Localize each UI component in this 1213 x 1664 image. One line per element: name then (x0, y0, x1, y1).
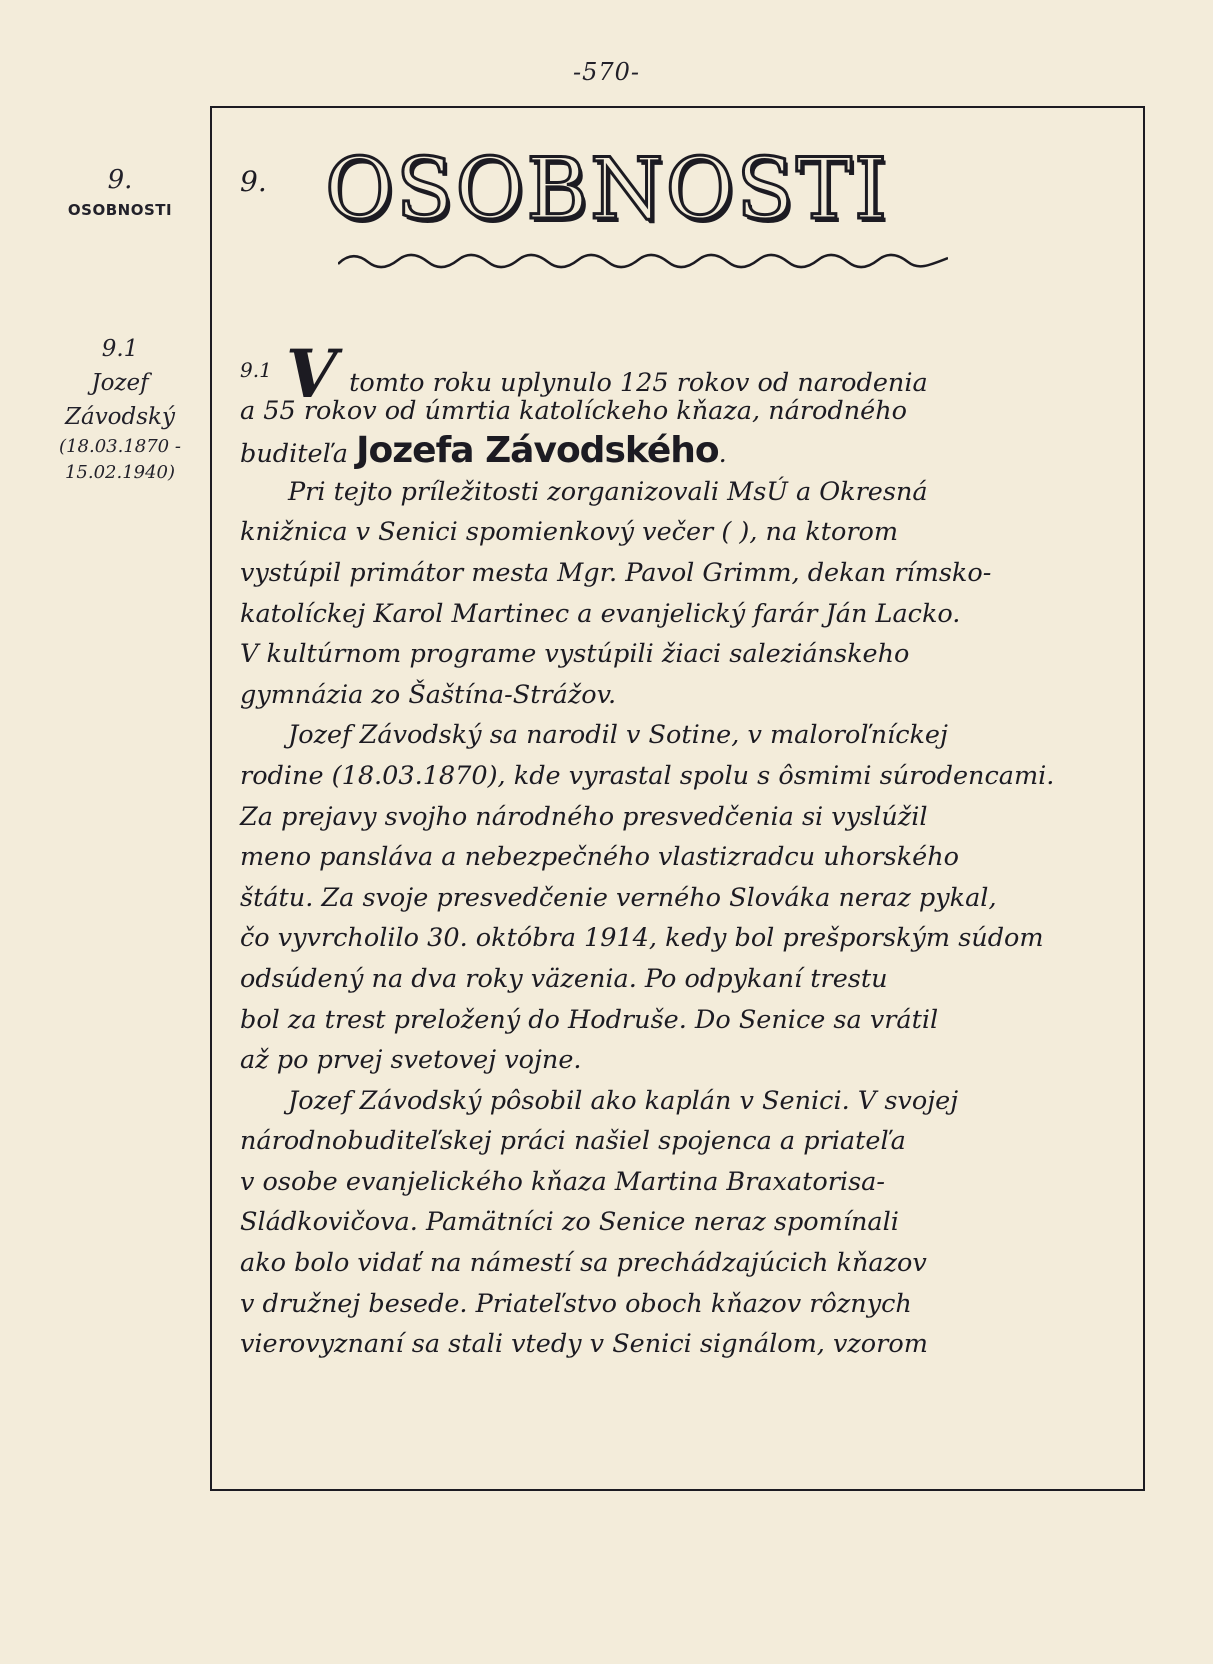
margin-section-label: OSOBNOSTI (40, 201, 200, 219)
text-line: odsúdený na dva roky väzenia. Po odpykan… (240, 959, 1130, 1000)
text-line-content: Sládkovičova. Pamätníci zo Senice neraz … (240, 1207, 899, 1237)
text-line-content: Za prejavy svojho národného presvedčenia… (240, 802, 928, 832)
text-line: katolíckej Karol Martinec a evanjelický … (240, 594, 1130, 635)
text-line: štátu. Za svoje presvedčenie verného Slo… (240, 878, 1130, 919)
text-line: v osobe evanjelického kňaza Martina Brax… (240, 1162, 1130, 1203)
margin-section-note: 9. OSOBNOSTI (40, 165, 200, 219)
text-line: bol za trest preložený do Hodruše. Do Se… (240, 1000, 1130, 1041)
text-line-content: Jozef Závodský pôsobil ako kaplán v Seni… (288, 1086, 958, 1116)
text-line-content: meno panslávа a nebezpečného vlastizradc… (240, 842, 959, 872)
text-line: gymnázia zo Šaštína-Strážov. (240, 675, 1130, 716)
page-number: -570- (0, 58, 1213, 86)
text-line: meno panslávа a nebezpečného vlastizradc… (240, 837, 1130, 878)
text-line: národnobuditeľskej práci našiel spojenca… (240, 1121, 1130, 1162)
text-line-content: bol za trest preložený do Hodruše. Do Se… (240, 1005, 938, 1035)
text-line: v družnej besede. Priateľstvo oboch kňaz… (240, 1284, 1130, 1325)
text-line: V kultúrnom programe vystúpili žiaci sal… (240, 634, 1130, 675)
text-line: 9.1V tomto roku uplynulo 125 rokov od na… (240, 350, 1130, 391)
text-line: Za prejavy svojho národného presvedčenia… (240, 797, 1130, 838)
margin-section-number: 9. (40, 165, 200, 195)
margin-last-name: Závodský (40, 400, 200, 434)
heading-number: 9. (240, 165, 267, 198)
text-line-content: v osobe evanjelického kňaza Martina Brax… (240, 1167, 885, 1197)
chronicle-body: 9.1V tomto roku uplynulo 125 rokov od na… (240, 350, 1130, 1365)
text-line-content: vierovyznaní sa stali vtedy v Senici sig… (240, 1329, 928, 1359)
text-line-content: až po prvej svetovej vojne. (240, 1045, 582, 1075)
text-line-content: štátu. Za svoje presvedčenie verného Slo… (240, 883, 997, 913)
text-line-content: národnobuditeľskej práci našiel spojenca… (240, 1126, 906, 1156)
text-punctuation: . (719, 439, 727, 469)
highlighted-name: Jozefa Závodského (356, 430, 719, 471)
text-line-content: ako bolo vidať na námestí sa prechádzajú… (240, 1248, 927, 1278)
text-line-content: Pri tejto príležitosti zorganizovali MsÚ… (288, 477, 928, 507)
text-line: buditeľa Jozefa Závodského. (240, 431, 1130, 472)
subsection-number: 9.1 (240, 358, 272, 382)
text-line: Sládkovičova. Pamätníci zo Senice neraz … (240, 1202, 1130, 1243)
text-line-content: rodine (18.03.1870), kde vyrastal spolu … (240, 761, 1054, 791)
text-line: a 55 rokov od úmrtia katolíckeho kňaza, … (240, 391, 1130, 432)
margin-first-name: Jozef (40, 366, 200, 400)
text-line-content: V kultúrnom programe vystúpili žiaci sal… (240, 639, 909, 669)
margin-subsection-number: 9.1 (40, 332, 200, 366)
text-line: Pri tejto príležitosti zorganizovali MsÚ… (240, 472, 1130, 513)
text-line-content: katolíckej Karol Martinec a evanjelický … (240, 599, 960, 629)
page-title: OSOBNOSTI (325, 140, 889, 238)
text-line: čo vyvrcholilo 30. októbra 1914, kedy bo… (240, 918, 1130, 959)
text-line-content: odsúdený na dva roky väzenia. Po odpykan… (240, 964, 888, 994)
text-line-content: gymnázia zo Šaštína-Strážov. (240, 680, 616, 710)
text-line: Jozef Závodský sa narodil v Sotine, v ma… (240, 715, 1130, 756)
margin-dates-end: 15.02.1940) (40, 460, 200, 486)
text-line: vystúpil primátor mesta Mgr. Pavol Grimm… (240, 553, 1130, 594)
text-line-content: Jozef Závodský sa narodil v Sotine, v ma… (288, 720, 948, 750)
text-line-content: vystúpil primátor mesta Mgr. Pavol Grimm… (240, 558, 991, 588)
text-line-content: v družnej besede. Priateľstvo oboch kňaz… (240, 1289, 912, 1319)
text-line: ako bolo vidať na námestí sa prechádzajú… (240, 1243, 1130, 1284)
margin-subsection-note: 9.1 Jozef Závodský (18.03.1870 - 15.02.1… (40, 332, 200, 486)
text-line: knižnica v Senici spomienkový večer ( ),… (240, 512, 1130, 553)
text-line: vierovyznaní sa stali vtedy v Senici sig… (240, 1324, 1130, 1365)
text-line-content: čo vyvrcholilo 30. októbra 1914, kedy bo… (240, 923, 1044, 953)
text-line: až po prvej svetovej vojne. (240, 1040, 1130, 1081)
text-line-content: a 55 rokov od úmrtia katolíckeho kňaza, … (240, 396, 907, 426)
text-line-content: knižnica v Senici spomienkový večer ( ),… (240, 517, 898, 547)
margin-dates-start: (18.03.1870 - (40, 434, 200, 460)
text-line: Jozef Závodský pôsobil ako kaplán v Seni… (240, 1081, 1130, 1122)
text-line: rodine (18.03.1870), kde vyrastal spolu … (240, 756, 1130, 797)
wavy-underline (338, 250, 948, 270)
text-line-content: buditeľa (240, 439, 348, 469)
